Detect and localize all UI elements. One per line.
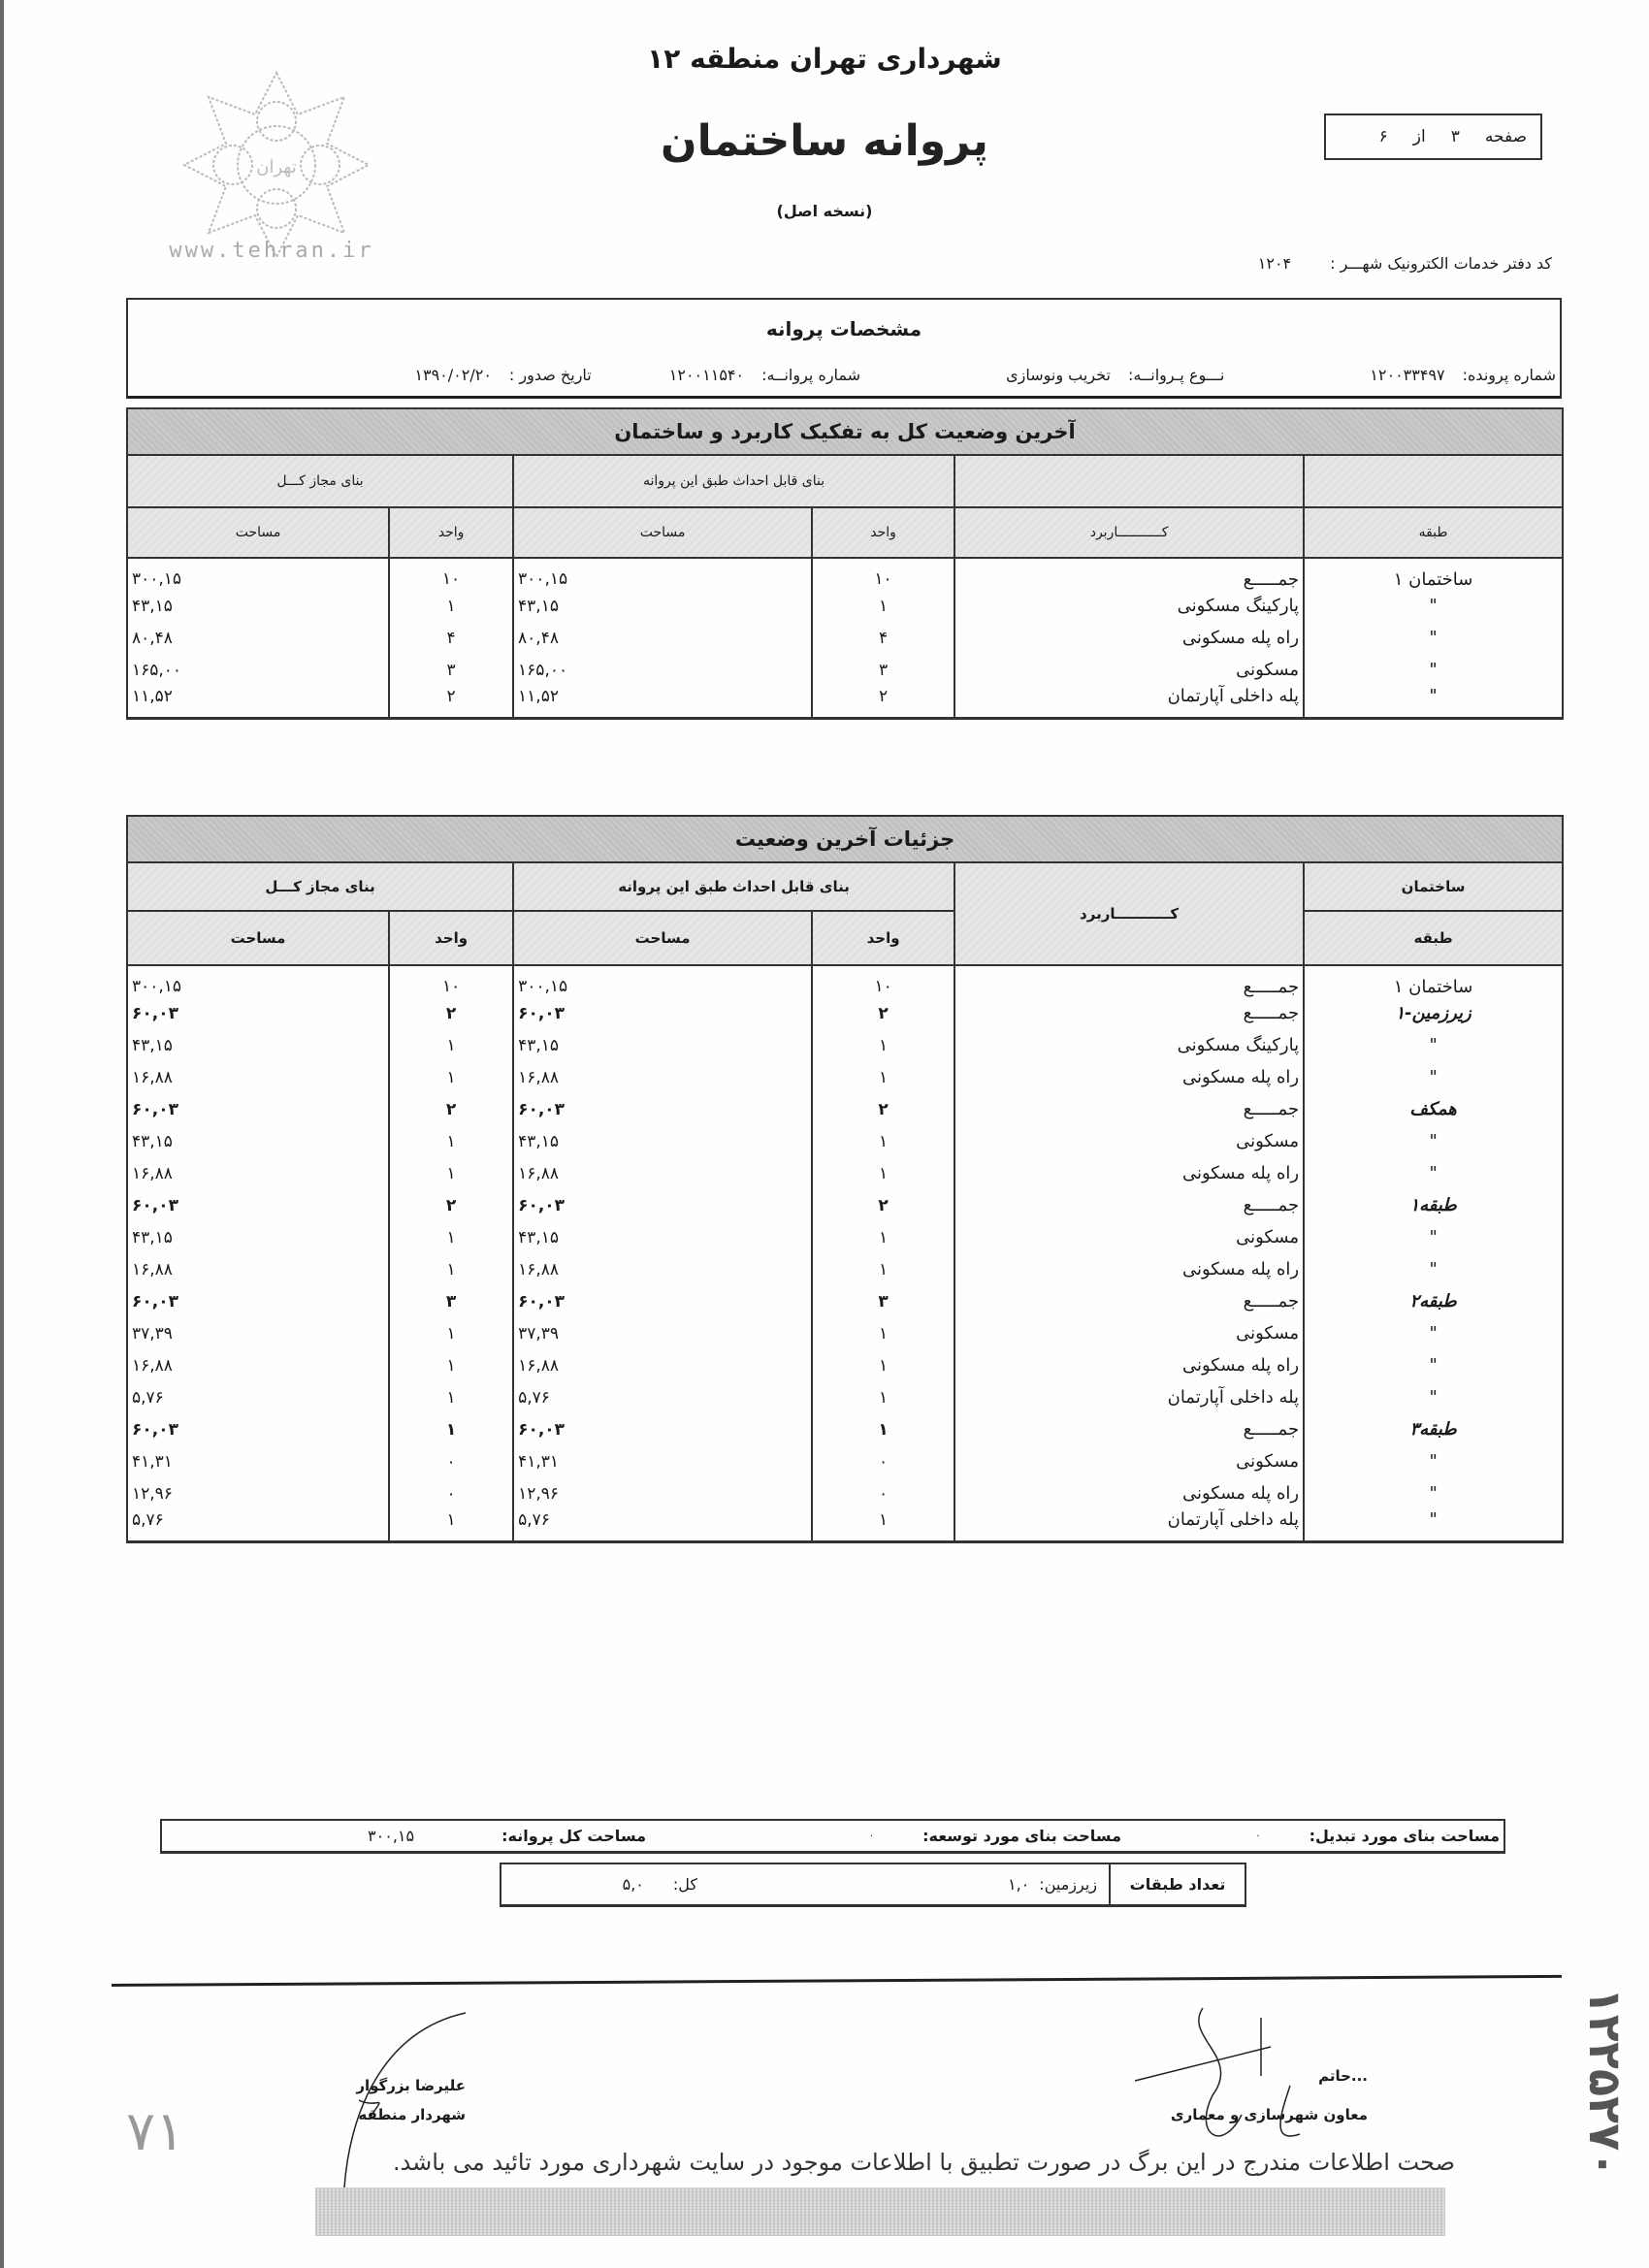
area-total-cell: ۱۲,۹۶ xyxy=(127,1477,389,1509)
basement-label: زیرزمین: xyxy=(1039,1875,1097,1894)
area-total-cell: ۵,۷۶ xyxy=(127,1381,389,1413)
unit-total-cell: ۲ xyxy=(389,1093,513,1125)
unit-buildable-cell: ۱ xyxy=(812,590,954,622)
area-buildable-cell: ۶۰,۰۳ xyxy=(513,1189,812,1221)
document-title: پروانه ساختمان xyxy=(582,116,1067,166)
floor-group-header xyxy=(1304,455,1563,507)
unit-total-cell: ۱ xyxy=(389,1125,513,1157)
unit-buildable-cell: ۱ xyxy=(812,1413,954,1445)
issue-date-label: تاریخ صدور : xyxy=(509,366,592,384)
unit-total-cell: ۱ xyxy=(389,1509,513,1541)
area-total-cell: ۳۰۰,۱۵ xyxy=(127,558,389,590)
total-area-label: مساحت کل پروانه: xyxy=(501,1827,646,1845)
file-number: ۱۲۰۰۳۳۴۹۷ xyxy=(1370,366,1444,384)
floor-cell: " xyxy=(1304,1253,1563,1285)
usage-cell: جمـــــع xyxy=(954,965,1304,997)
unit-buildable-cell: ۲ xyxy=(812,997,954,1029)
summary-usage-table: آخرین وضعیت کل به تفکیک کاربرد و ساختمان… xyxy=(126,407,1564,720)
usage-cell: جمـــــع xyxy=(954,1285,1304,1317)
floor-count: تعداد طبقات زیرزمین: ۱,۰ کل: ۵,۰ xyxy=(500,1863,1246,1907)
area-buildable-cell: ۱۱,۵۲ xyxy=(513,686,812,718)
stamp-number: ۱۲۲۵۲۷۰ xyxy=(1579,1957,1632,2209)
usage-cell: راه پله مسکونی xyxy=(954,622,1304,654)
total-area-value: ۳۰۰,۱۵ xyxy=(368,1827,414,1845)
area-buildable-cell: ۶۰,۰۳ xyxy=(513,1285,812,1317)
usage-cell: مسکونی xyxy=(954,1221,1304,1253)
usage-cell: راه پله مسکونی xyxy=(954,1253,1304,1285)
area-total-cell: ۵,۷۶ xyxy=(127,1509,389,1541)
col-area-total: مساحت xyxy=(127,911,389,965)
area-buildable-cell: ۴۳,۱۵ xyxy=(513,590,812,622)
building-group-header: ساختمان xyxy=(1304,862,1563,911)
usage-cell: راه پله مسکونی xyxy=(954,1157,1304,1189)
detail-table-title: جزئیات آخرین وضعیت xyxy=(127,816,1563,862)
unit-buildable-cell: ۱ xyxy=(812,1381,954,1413)
area-total-cell: ۴۱,۳۱ xyxy=(127,1445,389,1477)
floor-cell: طبقه۳ xyxy=(1304,1413,1563,1445)
table-row: همکفجمـــــع۲۶۰,۰۳۲۶۰,۰۳ xyxy=(127,1093,1563,1125)
permit-number-label: شماره پروانــه: xyxy=(761,366,860,384)
page-number-box: صفحه ۳ از ۶ xyxy=(1324,113,1542,160)
area-buildable-cell: ۱۲,۹۶ xyxy=(513,1477,812,1509)
page-total: ۶ xyxy=(1379,127,1388,146)
table-row: "پارکینگ مسکونی۱۴۳,۱۵۱۴۳,۱۵ xyxy=(127,590,1563,622)
col-area-total: مساحت xyxy=(127,507,389,558)
unit-total-cell: ۳ xyxy=(389,1285,513,1317)
floor-cell: " xyxy=(1304,1509,1563,1541)
table-row: "پله داخلی آپارتمان۲۱۱,۵۲۲۱۱,۵۲ xyxy=(127,686,1563,718)
usage-cell: راه پله مسکونی xyxy=(954,1349,1304,1381)
unit-total-cell: ۰ xyxy=(389,1477,513,1509)
area-buildable-cell: ۱۶,۸۸ xyxy=(513,1061,812,1093)
usage-cell: پله داخلی آپارتمان xyxy=(954,686,1304,718)
municipality-name: شهرداری تهران منطقه ۱۲ xyxy=(621,43,1028,75)
floor-cell: " xyxy=(1304,1061,1563,1093)
usage-cell: راه پله مسکونی xyxy=(954,1061,1304,1093)
floor-cell: طبقه۱ xyxy=(1304,1189,1563,1221)
table-row: ساختمان ۱جمـــــع۱۰۳۰۰,۱۵۱۰۳۰۰,۱۵ xyxy=(127,965,1563,997)
unit-buildable-cell: ۲ xyxy=(812,686,954,718)
area-buildable-cell: ۴۱,۳۱ xyxy=(513,1445,812,1477)
table-row: "پله داخلی آپارتمان۱۵,۷۶۱۵,۷۶ xyxy=(127,1509,1563,1541)
table-row: ساختمان ۱جمـــــع۱۰۳۰۰,۱۵۱۰۳۰۰,۱۵ xyxy=(127,558,1563,590)
buildable-group-header: بنای قابل احداث طبق این پروانه xyxy=(513,862,954,911)
area-total-cell: ۱۶,۸۸ xyxy=(127,1061,389,1093)
signatory-name-right: ...حاتم xyxy=(1115,2057,1368,2095)
floor-cell: " xyxy=(1304,1157,1563,1189)
unit-buildable-cell: ۲ xyxy=(812,1093,954,1125)
basement-value: ۱,۰ xyxy=(1008,1875,1029,1894)
floor-cell: " xyxy=(1304,1381,1563,1413)
col-floor: طبقه xyxy=(1304,507,1563,558)
floor-count-label: تعداد طبقات xyxy=(1109,1864,1245,1904)
usage-cell: مسکونی xyxy=(954,1317,1304,1349)
usage-cell: پارکینگ مسکونی xyxy=(954,1029,1304,1061)
permit-number: ۱۲۰۰۱۱۵۴۰ xyxy=(669,366,744,384)
unit-total-cell: ۱ xyxy=(389,1349,513,1381)
area-buildable-cell: ۴۳,۱۵ xyxy=(513,1029,812,1061)
signature-mayor: علیرضا بزرگوار شهردار منطقه xyxy=(291,2071,466,2129)
unit-buildable-cell: ۰ xyxy=(812,1477,954,1509)
svg-text:تهران: تهران xyxy=(256,157,296,178)
usage-cell: مسکونی xyxy=(954,1445,1304,1477)
permit-specs-row: شماره پرونده: ۱۲۰۰۳۳۴۹۷ نـــوع پـروانــه… xyxy=(138,366,1556,384)
col-unit-total: واحد xyxy=(389,911,513,965)
usage-cell: جمـــــع xyxy=(954,1189,1304,1221)
unit-total-cell: ۰ xyxy=(389,1445,513,1477)
col-floor: طبقه xyxy=(1304,911,1563,965)
permit-type-label: نـــوع پـروانــه: xyxy=(1128,366,1224,384)
unit-total-cell: ۱۰ xyxy=(389,965,513,997)
table-row: "راه پله مسکونی۱۱۶,۸۸۱۱۶,۸۸ xyxy=(127,1061,1563,1093)
table-row: طبقه۲جمـــــع۳۶۰,۰۳۳۶۰,۰۳ xyxy=(127,1285,1563,1317)
total-allowed-group-header: بنای مجاز کـــل xyxy=(127,455,513,507)
area-buildable-cell: ۴۳,۱۵ xyxy=(513,1125,812,1157)
summary-table-title: آخرین وضعیت کل به تفکیک کاربرد و ساختمان xyxy=(127,408,1563,455)
area-total-cell: ۳۰۰,۱۵ xyxy=(127,965,389,997)
table-row: "راه پله مسکونی۰۱۲,۹۶۰۱۲,۹۶ xyxy=(127,1477,1563,1509)
issue-date: ۱۳۹۰/۰۲/۲۰ xyxy=(414,366,492,384)
permit-specs: مشخصات پروانه شماره پرونده: ۱۲۰۰۳۳۴۹۷ نـ… xyxy=(126,298,1562,399)
area-total-cell: ۶۰,۰۳ xyxy=(127,1189,389,1221)
signatory-role-right: معاون شهرسازی و معماری xyxy=(1115,2095,1368,2134)
converted-area: مساحت بنای مورد تبدیل: ۰ xyxy=(1150,1827,1500,1845)
unit-total-cell: ۲ xyxy=(389,997,513,1029)
unit-total-cell: ۳ xyxy=(389,654,513,686)
area-buildable-cell: ۱۶,۸۸ xyxy=(513,1253,812,1285)
area-total-cell: ۸۰,۴۸ xyxy=(127,622,389,654)
total-allowed-group-header: بنای مجاز کـــل xyxy=(127,862,513,911)
area-totals: مساحت بنای مورد تبدیل: ۰ مساحت بنای مورد… xyxy=(160,1819,1505,1854)
area-total-cell: ۴۳,۱۵ xyxy=(127,1029,389,1061)
area-buildable-cell: ۱۶,۸۸ xyxy=(513,1349,812,1381)
buildable-group-header: بنای قابل احداث طبق این پروانه xyxy=(513,455,954,507)
document-subtitle: (نسخه اصل) xyxy=(737,202,912,220)
area-buildable-cell: ۳۷,۳۹ xyxy=(513,1317,812,1349)
office-code-value: ۱۲۰۴ xyxy=(1258,254,1291,273)
area-total-cell: ۴۳,۱۵ xyxy=(127,1125,389,1157)
col-usage: کـــــــــــاربرد xyxy=(954,862,1304,965)
unit-total-cell: ۱ xyxy=(389,1029,513,1061)
area-total-cell: ۶۰,۰۳ xyxy=(127,1285,389,1317)
area-buildable-cell: ۶۰,۰۳ xyxy=(513,1093,812,1125)
usage-cell: پله داخلی آپارتمان xyxy=(954,1509,1304,1541)
unit-buildable-cell: ۱ xyxy=(812,1125,954,1157)
usage-cell: پارکینگ مسکونی xyxy=(954,590,1304,622)
table-row: "مسکونی۱۴۳,۱۵۱۴۳,۱۵ xyxy=(127,1221,1563,1253)
floor-cell: " xyxy=(1304,1349,1563,1381)
table-row: "راه پله مسکونی۴۸۰,۴۸۴۸۰,۴۸ xyxy=(127,622,1563,654)
floor-cell: همکف xyxy=(1304,1093,1563,1125)
extension-area-label: مساحت بنای مورد توسعه: xyxy=(922,1827,1121,1845)
area-total-cell: ۳۷,۳۹ xyxy=(127,1317,389,1349)
area-total-cell: ۶۰,۰۳ xyxy=(127,1093,389,1125)
logo-url: www.tehran.ir xyxy=(160,239,383,263)
permit-page: تهران www.tehran.ir شهرداری تهران منطقه … xyxy=(0,0,1649,2268)
table-row: طبقه۳جمـــــع۱۶۰,۰۳۱۶۰,۰۳ xyxy=(127,1413,1563,1445)
extension-area-value: ۰ xyxy=(869,1831,874,1841)
converted-area-value: ۰ xyxy=(1255,1831,1260,1841)
area-total-cell: ۱۶,۸۸ xyxy=(127,1253,389,1285)
area-total-cell: ۱۱,۵۲ xyxy=(127,686,389,718)
signatory-name-left: علیرضا بزرگوار xyxy=(291,2071,466,2100)
unit-total-cell: ۱ xyxy=(389,1157,513,1189)
unit-buildable-cell: ۱ xyxy=(812,1349,954,1381)
table-row: "مسکونی۱۳۷,۳۹۱۳۷,۳۹ xyxy=(127,1317,1563,1349)
floor-cell: طبقه۲ xyxy=(1304,1285,1563,1317)
signatory-role-left: شهردار منطقه xyxy=(291,2100,466,2129)
area-total-cell: ۶۰,۰۳ xyxy=(127,997,389,1029)
footer-divider xyxy=(112,1975,1562,1987)
floor-cell: زیرزمین-۱ xyxy=(1304,997,1563,1029)
unit-buildable-cell: ۱ xyxy=(812,1029,954,1061)
unit-buildable-cell: ۰ xyxy=(812,1445,954,1477)
usage-cell: جمـــــع xyxy=(954,1093,1304,1125)
table-row: "راه پله مسکونی۱۱۶,۸۸۱۱۶,۸۸ xyxy=(127,1349,1563,1381)
detail-usage-table: جزئیات آخرین وضعیت ساختمان کـــــــــــا… xyxy=(126,815,1564,1543)
area-buildable-cell: ۸۰,۴۸ xyxy=(513,622,812,654)
unit-total-cell: ۴ xyxy=(389,622,513,654)
usage-cell: جمـــــع xyxy=(954,558,1304,590)
unit-buildable-cell: ۱ xyxy=(812,1317,954,1349)
floor-cell: " xyxy=(1304,654,1563,686)
col-usage: کـــــــــــاربرد xyxy=(954,507,1304,558)
handwritten-stamp-number: ۱۲۲۵۲۷۰ xyxy=(1576,1960,1634,2212)
unit-buildable-cell: ۱۰ xyxy=(812,558,954,590)
area-total-cell: ۱۶۵,۰۰ xyxy=(127,654,389,686)
unit-total-cell: ۲ xyxy=(389,686,513,718)
unit-buildable-cell: ۱ xyxy=(812,1061,954,1093)
unit-buildable-cell: ۱ xyxy=(812,1253,954,1285)
usage-cell: جمـــــع xyxy=(954,997,1304,1029)
floor-cell: " xyxy=(1304,1445,1563,1477)
unit-total-cell: ۱ xyxy=(389,1317,513,1349)
area-buildable-cell: ۳۰۰,۱۵ xyxy=(513,558,812,590)
scan-edge xyxy=(0,0,4,2268)
floor-cell: ساختمان ۱ xyxy=(1304,558,1563,590)
col-area-buildable: مساحت xyxy=(513,507,812,558)
converted-area-label: مساحت بنای مورد تبدیل: xyxy=(1309,1827,1500,1845)
unit-total-cell: ۱ xyxy=(389,1221,513,1253)
usage-group-header xyxy=(954,455,1304,507)
validity-notice: صحت اطلاعات مندرج در این برگ در صورت تطب… xyxy=(291,2149,1455,2176)
unit-total-cell: ۲ xyxy=(389,1189,513,1221)
total-floors-value: ۵,۰ xyxy=(623,1875,644,1894)
extension-area: مساحت بنای مورد توسعه: ۰ xyxy=(646,1827,1150,1845)
total-floors-label: کل: xyxy=(673,1875,697,1894)
unit-buildable-cell: ۳ xyxy=(812,654,954,686)
unit-total-cell: ۱ xyxy=(389,1413,513,1445)
table-row: زیرزمین-۱جمـــــع۲۶۰,۰۳۲۶۰,۰۳ xyxy=(127,997,1563,1029)
scan-noise-strip xyxy=(315,2187,1445,2236)
area-buildable-cell: ۶۰,۰۳ xyxy=(513,997,812,1029)
area-total-cell: ۴۳,۱۵ xyxy=(127,590,389,622)
permit-specs-title: مشخصات پروانه xyxy=(128,317,1560,340)
file-number-label: شماره پرونده: xyxy=(1463,366,1556,384)
unit-buildable-cell: ۱ xyxy=(812,1157,954,1189)
floor-cell: " xyxy=(1304,1221,1563,1253)
area-buildable-cell: ۱۶۵,۰۰ xyxy=(513,654,812,686)
permit-type: تخریب ونوسازی xyxy=(1006,366,1111,384)
area-buildable-cell: ۱۶,۸۸ xyxy=(513,1157,812,1189)
unit-buildable-cell: ۴ xyxy=(812,622,954,654)
area-total-cell: ۴۳,۱۵ xyxy=(127,1221,389,1253)
page-of: از xyxy=(1413,127,1426,146)
page-label: صفحه xyxy=(1485,127,1527,146)
unit-total-cell: ۱ xyxy=(389,1061,513,1093)
unit-buildable-cell: ۱ xyxy=(812,1509,954,1541)
unit-total-cell: ۱ xyxy=(389,590,513,622)
area-total-cell: ۶۰,۰۳ xyxy=(127,1413,389,1445)
unit-buildable-cell: ۲ xyxy=(812,1189,954,1221)
office-code: کد دفتر خدمات الکترونیک شهـــر : ۱۲۰۴ xyxy=(1145,254,1552,273)
office-code-label: کد دفتر خدمات الکترونیک شهـــر : xyxy=(1330,254,1552,273)
floor-cell: " xyxy=(1304,622,1563,654)
floor-cell: " xyxy=(1304,590,1563,622)
floor-cell: " xyxy=(1304,686,1563,718)
table-row: "پله داخلی آپارتمان۱۵,۷۶۱۵,۷۶ xyxy=(127,1381,1563,1413)
area-buildable-cell: ۳۰۰,۱۵ xyxy=(513,965,812,997)
area-total-cell: ۱۶,۸۸ xyxy=(127,1349,389,1381)
floor-cell: " xyxy=(1304,1125,1563,1157)
unit-buildable-cell: ۱ xyxy=(812,1221,954,1253)
floor-cell: ساختمان ۱ xyxy=(1304,965,1563,997)
table-row: "راه پله مسکونی۱۱۶,۸۸۱۱۶,۸۸ xyxy=(127,1157,1563,1189)
total-area: مساحت کل پروانه: ۳۰۰,۱۵ xyxy=(368,1827,646,1845)
floor-cell: " xyxy=(1304,1029,1563,1061)
unit-buildable-cell: ۱۰ xyxy=(812,965,954,997)
unit-total-cell: ۱ xyxy=(389,1381,513,1413)
usage-cell: پله داخلی آپارتمان xyxy=(954,1381,1304,1413)
floor-cell: " xyxy=(1304,1477,1563,1509)
unit-total-cell: ۱ xyxy=(389,1253,513,1285)
page-current: ۳ xyxy=(1451,127,1460,146)
area-buildable-cell: ۵,۷۶ xyxy=(513,1381,812,1413)
area-buildable-cell: ۵,۷۶ xyxy=(513,1509,812,1541)
area-buildable-cell: ۶۰,۰۳ xyxy=(513,1413,812,1445)
handwritten-page-number: ۷۱ xyxy=(126,2100,184,2163)
usage-cell: مسکونی xyxy=(954,654,1304,686)
unit-buildable-cell: ۳ xyxy=(812,1285,954,1317)
table-row: "راه پله مسکونی۱۱۶,۸۸۱۱۶,۸۸ xyxy=(127,1253,1563,1285)
table-row: "مسکونی۱۴۳,۱۵۱۴۳,۱۵ xyxy=(127,1125,1563,1157)
area-total-cell: ۱۶,۸۸ xyxy=(127,1157,389,1189)
usage-cell: راه پله مسکونی xyxy=(954,1477,1304,1509)
tehran-municipality-logo-icon: تهران xyxy=(179,68,373,262)
table-row: "مسکونی۰۴۱,۳۱۰۴۱,۳۱ xyxy=(127,1445,1563,1477)
col-unit-buildable: واحد xyxy=(812,911,954,965)
col-unit-total: واحد xyxy=(389,507,513,558)
table-row: طبقه۱جمـــــع۲۶۰,۰۳۲۶۰,۰۳ xyxy=(127,1189,1563,1221)
col-area-buildable: مساحت xyxy=(513,911,812,965)
table-row: "مسکونی۳۱۶۵,۰۰۳۱۶۵,۰۰ xyxy=(127,654,1563,686)
table-row: "پارکینگ مسکونی۱۴۳,۱۵۱۴۳,۱۵ xyxy=(127,1029,1563,1061)
unit-total-cell: ۱۰ xyxy=(389,558,513,590)
floor-cell: " xyxy=(1304,1317,1563,1349)
col-unit-buildable: واحد xyxy=(812,507,954,558)
signature-deputy: ...حاتم معاون شهرسازی و معماری xyxy=(1115,2057,1368,2134)
area-buildable-cell: ۴۳,۱۵ xyxy=(513,1221,812,1253)
usage-cell: جمـــــع xyxy=(954,1413,1304,1445)
usage-cell: مسکونی xyxy=(954,1125,1304,1157)
